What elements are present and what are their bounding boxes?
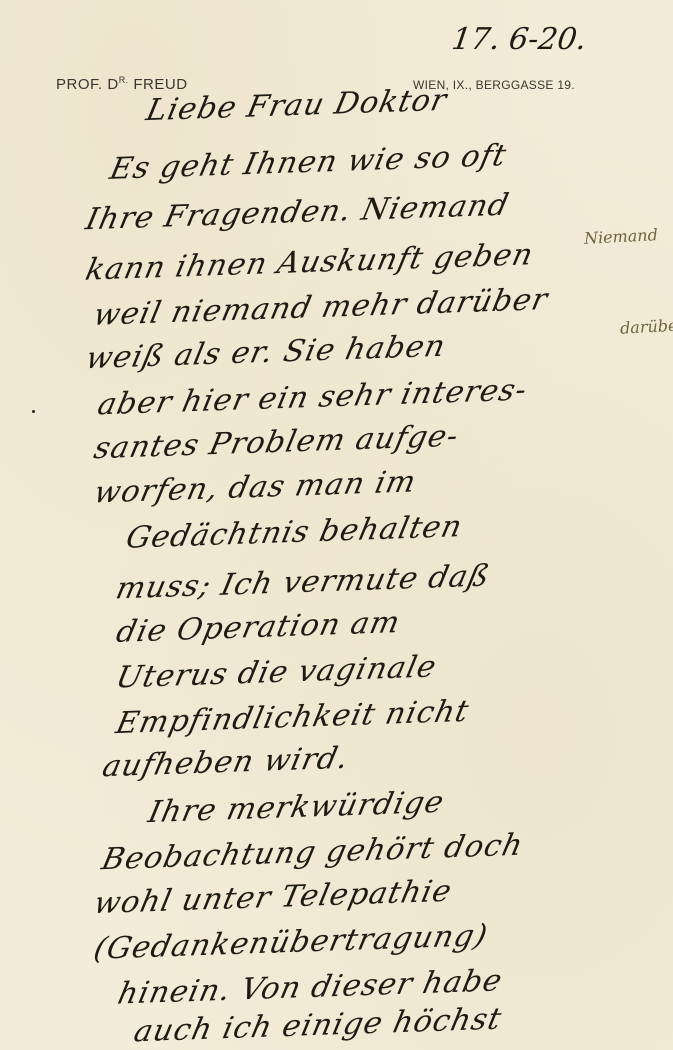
- letterhead-name-sup: R.: [119, 75, 129, 85]
- letterhead-name-suffix: FREUD: [129, 76, 188, 93]
- handwritten-line: Empfindlichkeit nicht: [113, 694, 473, 741]
- handwritten-line: weiß als er. Sie haben: [83, 329, 449, 376]
- handwritten-line: aber hier ein sehr interes-: [95, 373, 531, 423]
- handwritten-line: Ihre merkwürdige: [145, 785, 447, 830]
- handwritten-line: santes Problem aufge-: [91, 419, 462, 467]
- handwritten-line: Beobachtung gehört doch: [99, 828, 527, 878]
- handwritten-line: Uterus die vaginale: [113, 649, 440, 695]
- handwritten-line: wohl unter Telepathie: [91, 874, 455, 921]
- handwritten-line: die Operation am: [113, 605, 404, 650]
- letterhead-name: PROF. DR. FREUD: [56, 75, 188, 93]
- handwritten-line: aufheben wird.: [99, 741, 352, 784]
- margin-note: darüber: [620, 315, 673, 337]
- handwritten-line: Liebe Frau Doktor: [143, 83, 450, 128]
- handwritten-line: Ihre Fragenden. Niemand: [83, 188, 513, 238]
- handwritten-line: kann ihnen Auskunft geben: [82, 237, 536, 287]
- letterhead-name-prefix: PROF. D: [56, 76, 119, 93]
- letter-page: PROF. DR. FREUD WIEN, IX., BERGGASSE 19.…: [0, 0, 673, 1050]
- letter-date: 17. 6-20.: [450, 22, 589, 57]
- handwritten-line: muss; Ich vermute daß: [113, 559, 493, 607]
- handwritten-line: Gedächtnis behalten: [123, 509, 466, 556]
- handwritten-line: (Gedankenübertragung): [91, 918, 491, 967]
- handwritten-line: worfen, das man im: [91, 464, 420, 510]
- margin-note: Niemand: [584, 225, 659, 248]
- handwritten-line: weil niemand mehr darüber: [90, 282, 551, 333]
- handwritten-line: Es geht Ihnen wie so oft: [107, 138, 510, 187]
- ink-dot: [32, 410, 35, 413]
